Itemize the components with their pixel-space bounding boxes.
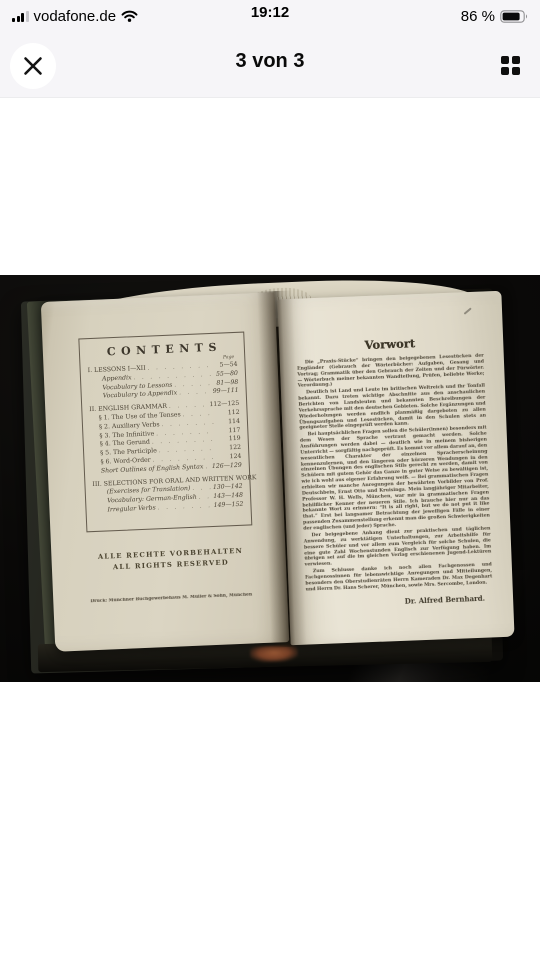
- grid-icon: [501, 56, 520, 75]
- contents-box: CONTENTS Page I. LESSONS I—XII. . . . . …: [78, 332, 252, 533]
- battery-icon: [500, 10, 528, 23]
- status-left-group: vodafone.de: [12, 8, 138, 25]
- vorwort-signature: Dr. Alfred Bernhard.: [306, 593, 493, 609]
- spine-wear-spot: [250, 645, 299, 663]
- book-left-page: CONTENTS Page I. LESSONS I—XII. . . . . …: [41, 292, 289, 651]
- vorwort-paragraph: Der beigegebene Anhang dient zur praktis…: [303, 526, 491, 568]
- status-right-group: 86 %: [461, 8, 528, 25]
- photo-viewer-header: 3 von 3: [0, 30, 540, 98]
- grid-view-button[interactable]: [493, 48, 527, 82]
- image-counter-title: 3 von 3: [0, 50, 540, 73]
- vorwort-section: Vorwort Die „Praxis-Stücke“ bringen den …: [277, 291, 514, 645]
- cell-signal-icon: [12, 11, 29, 22]
- rights-reserved-text: ALLE RECHTE VORBEHALTEN ALL RIGHTS RESER…: [87, 545, 254, 574]
- vorwort-heading: Vorwort: [296, 334, 483, 355]
- book-right-page: Vorwort Die „Praxis-Stücke“ bringen den …: [277, 291, 514, 645]
- battery-percent-label: 86 %: [461, 8, 495, 25]
- printer-imprint-line: Druck: Münchner Buchgewerbehaus M. Mülle…: [71, 592, 271, 605]
- book-photo[interactable]: CONTENTS Page I. LESSONS I—XII. . . . . …: [0, 275, 540, 682]
- vorwort-paragraph: Deutlich ist Land und Leute im britische…: [298, 384, 486, 432]
- wifi-icon: [121, 10, 138, 22]
- status-bar: vodafone.de 19:12 86 %: [0, 0, 540, 30]
- carrier-label: vodafone.de: [34, 8, 117, 25]
- photo-viewer-screen: vodafone.de 19:12 86 % 3 von 3: [0, 0, 540, 960]
- vorwort-paragraph: Bei hauptsächlichen Fragen sollen die Sc…: [300, 426, 491, 533]
